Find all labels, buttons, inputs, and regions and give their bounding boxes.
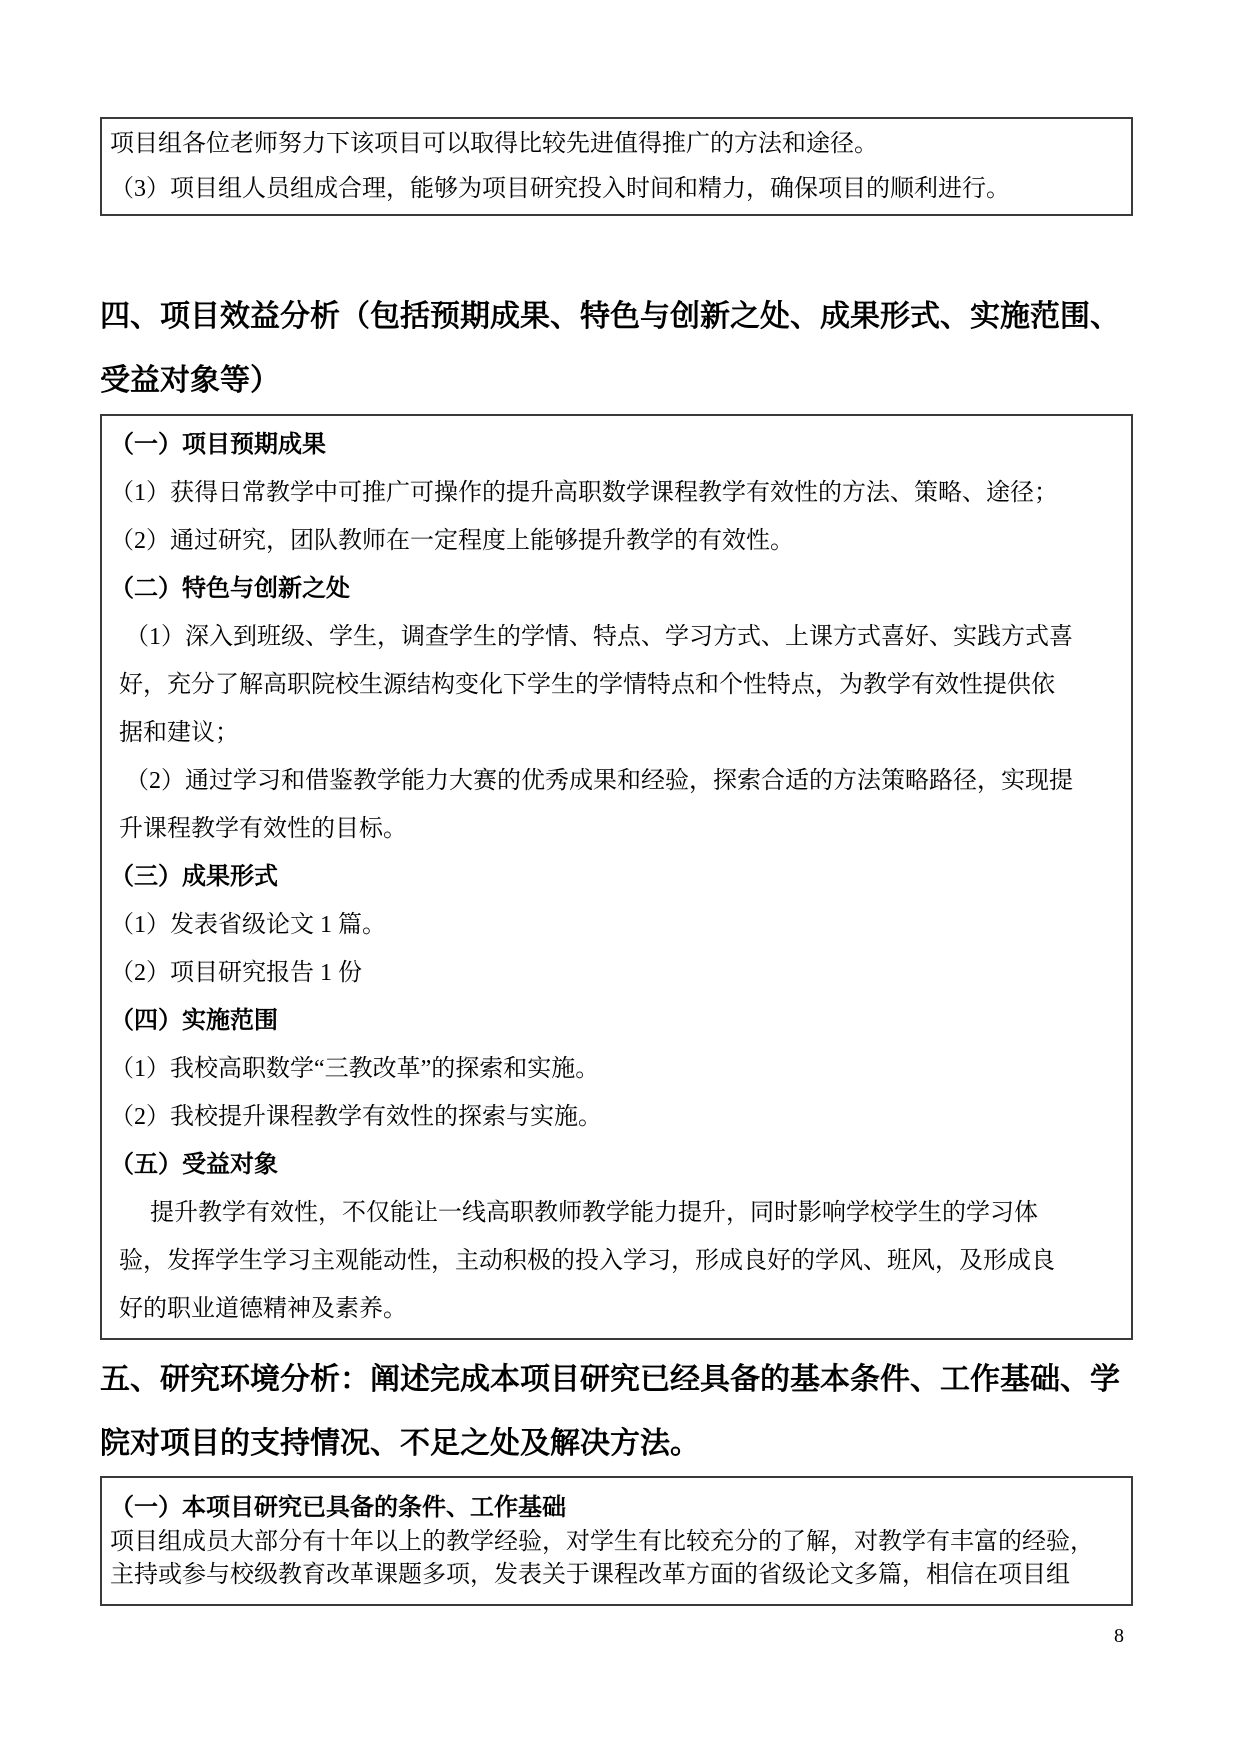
subheading-existing-conditions: （一）本项目研究已具备的条件、工作基础 xyxy=(110,1490,1123,1526)
section-5-heading-line-2: 院对项目的支持情况、不足之处及解决方法。 xyxy=(100,1412,1133,1476)
section-4-heading-line-1: 四、项目效益分析（包括预期成果、特色与创新之处、成果形式、实施范围、 xyxy=(100,285,1133,349)
expected-results-item-1: （1）获得日常教学中可推广可操作的提升高职数学课程教学有效性的方法、策略、途径； xyxy=(110,469,1123,517)
result-forms-item-2: （2）项目研究报告 1 份 xyxy=(110,949,1123,997)
subheading-implementation-scope: （四）实施范围 xyxy=(110,997,1123,1045)
carryover-text-box: 项目组各位老师努力下该项目可以取得比较先进值得推广的方法和途径。 （3）项目组人… xyxy=(100,117,1133,216)
subheading-result-forms: （三）成果形式 xyxy=(110,853,1123,901)
result-forms-item-1: （1）发表省级论文 1 篇。 xyxy=(110,901,1123,949)
implementation-item-2: （2）我校提升课程教学有效性的探索与实施。 xyxy=(110,1093,1123,1141)
section-5-heading-line-1: 五、研究环境分析：阐述完成本项目研究已经具备的基本条件、工作基础、学 xyxy=(100,1348,1133,1412)
section-4-content-box: （一）项目预期成果 （1）获得日常教学中可推广可操作的提升高职数学课程教学有效性… xyxy=(100,414,1133,1340)
section-5-content-box: （一）本项目研究已具备的条件、工作基础 项目组成员大部分有十年以上的教学经验，对… xyxy=(100,1476,1133,1606)
section-4-heading: 四、项目效益分析（包括预期成果、特色与创新之处、成果形式、实施范围、 受益对象等… xyxy=(100,285,1133,413)
carryover-line-2: （3）项目组人员组成合理，能够为项目研究投入时间和精力，确保项目的顺利进行。 xyxy=(110,167,1123,212)
existing-conditions-line-1: 项目组成员大部分有十年以上的教学经验，对学生有比较充分的了解，对教学有丰富的经验… xyxy=(110,1526,1123,1559)
implementation-item-1: （1）我校高职数学“三教改革”的探索和实施。 xyxy=(110,1045,1123,1093)
features-item-2-line-2: 升课程教学有效性的目标。 xyxy=(110,805,1123,853)
page-number: 8 xyxy=(1114,1624,1124,1648)
features-item-1-line-3: 据和建议； xyxy=(110,709,1123,757)
section-4-heading-line-2: 受益对象等） xyxy=(100,349,1133,413)
section-5-heading: 五、研究环境分析：阐述完成本项目研究已经具备的基本条件、工作基础、学 院对项目的… xyxy=(100,1348,1133,1476)
subheading-features-innovation: （二）特色与创新之处 xyxy=(110,565,1123,613)
carryover-line-1: 项目组各位老师努力下该项目可以取得比较先进值得推广的方法和途径。 xyxy=(110,122,1123,167)
beneficiaries-paragraph-line-3: 好的职业道德精神及素养。 xyxy=(110,1285,1123,1333)
document-page: 项目组各位老师努力下该项目可以取得比较先进值得推广的方法和途径。 （3）项目组人… xyxy=(0,0,1240,1753)
beneficiaries-paragraph-line-1: 提升教学有效性，不仅能让一线高职教师教学能力提升，同时影响学校学生的学习体 xyxy=(110,1189,1123,1237)
subheading-beneficiaries: （五）受益对象 xyxy=(110,1141,1123,1189)
beneficiaries-paragraph-line-2: 验，发挥学生学习主观能动性，主动积极的投入学习，形成良好的学风、班风，及形成良 xyxy=(110,1237,1123,1285)
features-item-1-line-1: （1）深入到班级、学生，调查学生的学情、特点、学习方式、上课方式喜好、实践方式喜 xyxy=(110,613,1123,661)
existing-conditions-line-2: 主持或参与校级教育改革课题多项，发表关于课程改革方面的省级论文多篇，相信在项目组 xyxy=(110,1559,1123,1592)
expected-results-item-2: （2）通过研究，团队教师在一定程度上能够提升教学的有效性。 xyxy=(110,517,1123,565)
subheading-expected-results: （一）项目预期成果 xyxy=(110,421,1123,469)
features-item-2-line-1: （2）通过学习和借鉴教学能力大赛的优秀成果和经验，探索合适的方法策略路径，实现提 xyxy=(110,757,1123,805)
features-item-1-line-2: 好，充分了解高职院校生源结构变化下学生的学情特点和个性特点，为教学有效性提供依 xyxy=(110,661,1123,709)
